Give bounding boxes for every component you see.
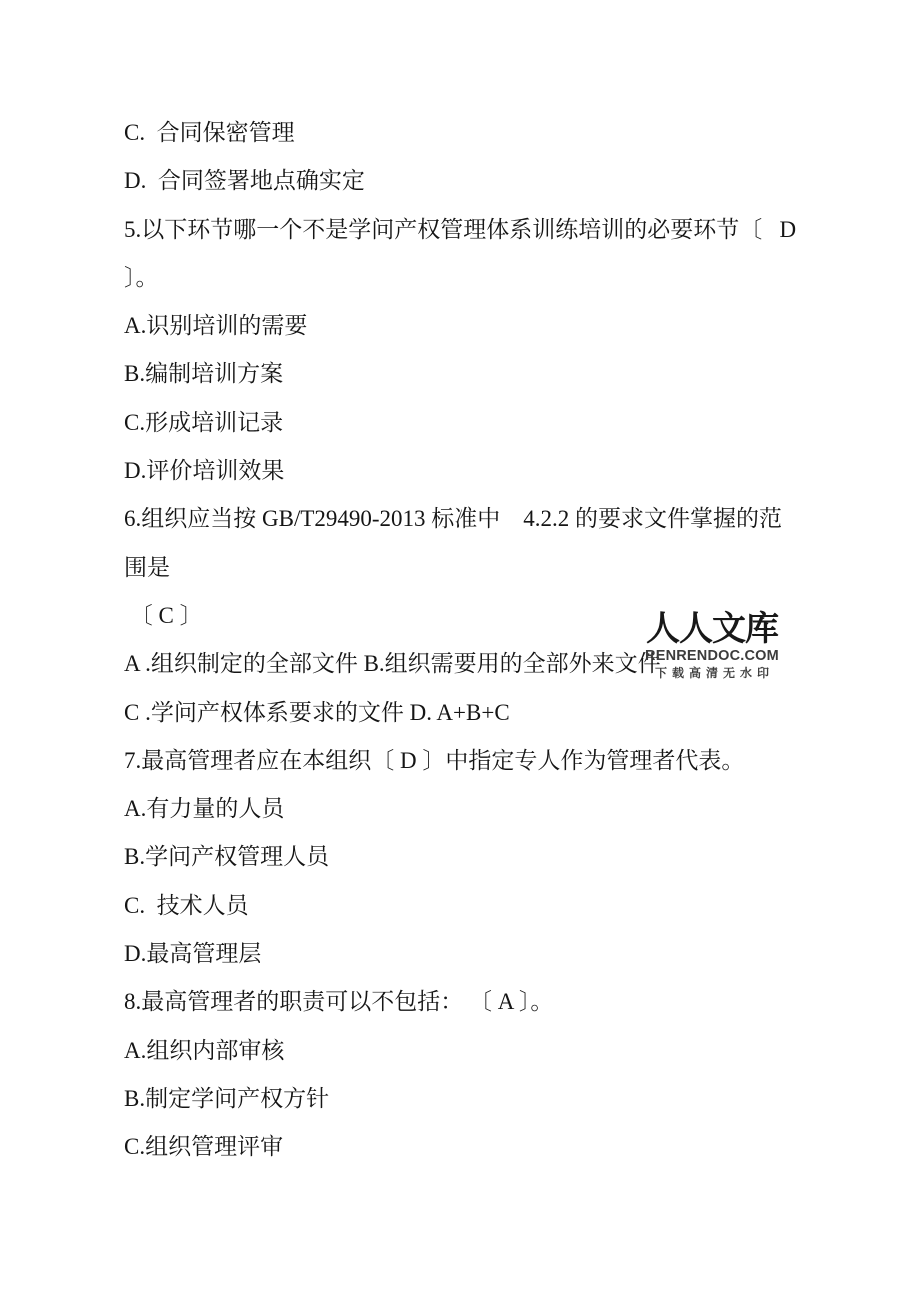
document-line: A.有力量的人员 [124,785,834,833]
watermark-domain: RENRENDOC.COM [645,649,779,664]
document-line: A.组织内部审核 [124,1027,834,1075]
document-line: C. 合同保密管理 [124,109,834,157]
document-line: 7.最高管理者应在本组织〔 D 〕中指定专人作为管理者代表。 [124,737,834,785]
document-line: 8.最高管理者的职责可以不包括： 〔 A 〕。 [124,978,834,1026]
document-line: 6.组织应当按 GB/T29490-2013 标准中 4.2.2 的要求文件掌握… [124,495,834,543]
watermark: 人人文库 RENRENDOC.COM 下载高清无水印 [645,612,779,680]
document-page: C. 合同保密管理 D. 合同签署地点确实定 5.以下环节哪一个不是学问产权管理… [0,0,920,1302]
document-line: B.编制培训方案 [124,350,834,398]
document-line: C.组织管理评审 [124,1123,834,1171]
document-line: 5.以下环节哪一个不是学问产权管理体系训练培训的必要环节〔 D [124,206,834,254]
document-line: D. 合同签署地点确实定 [124,157,834,205]
watermark-title: 人人文库 [645,612,779,648]
document-line: C .学问产权体系要求的文件 D. A+B+C [124,689,834,737]
document-line: D.评价培训效果 [124,447,834,495]
document-line: C.形成培训记录 [124,399,834,447]
document-line: D.最高管理层 [124,930,834,978]
document-line: B.制定学问产权方针 [124,1075,834,1123]
document-line: C. 技术人员 [124,882,834,930]
document-line: A.识别培训的需要 [124,302,834,350]
document-line: 围是 [124,544,834,592]
watermark-tagline: 下载高清无水印 [645,666,779,680]
document-line: 〕。 [124,254,834,302]
document-line: B.学问产权管理人员 [124,833,834,881]
